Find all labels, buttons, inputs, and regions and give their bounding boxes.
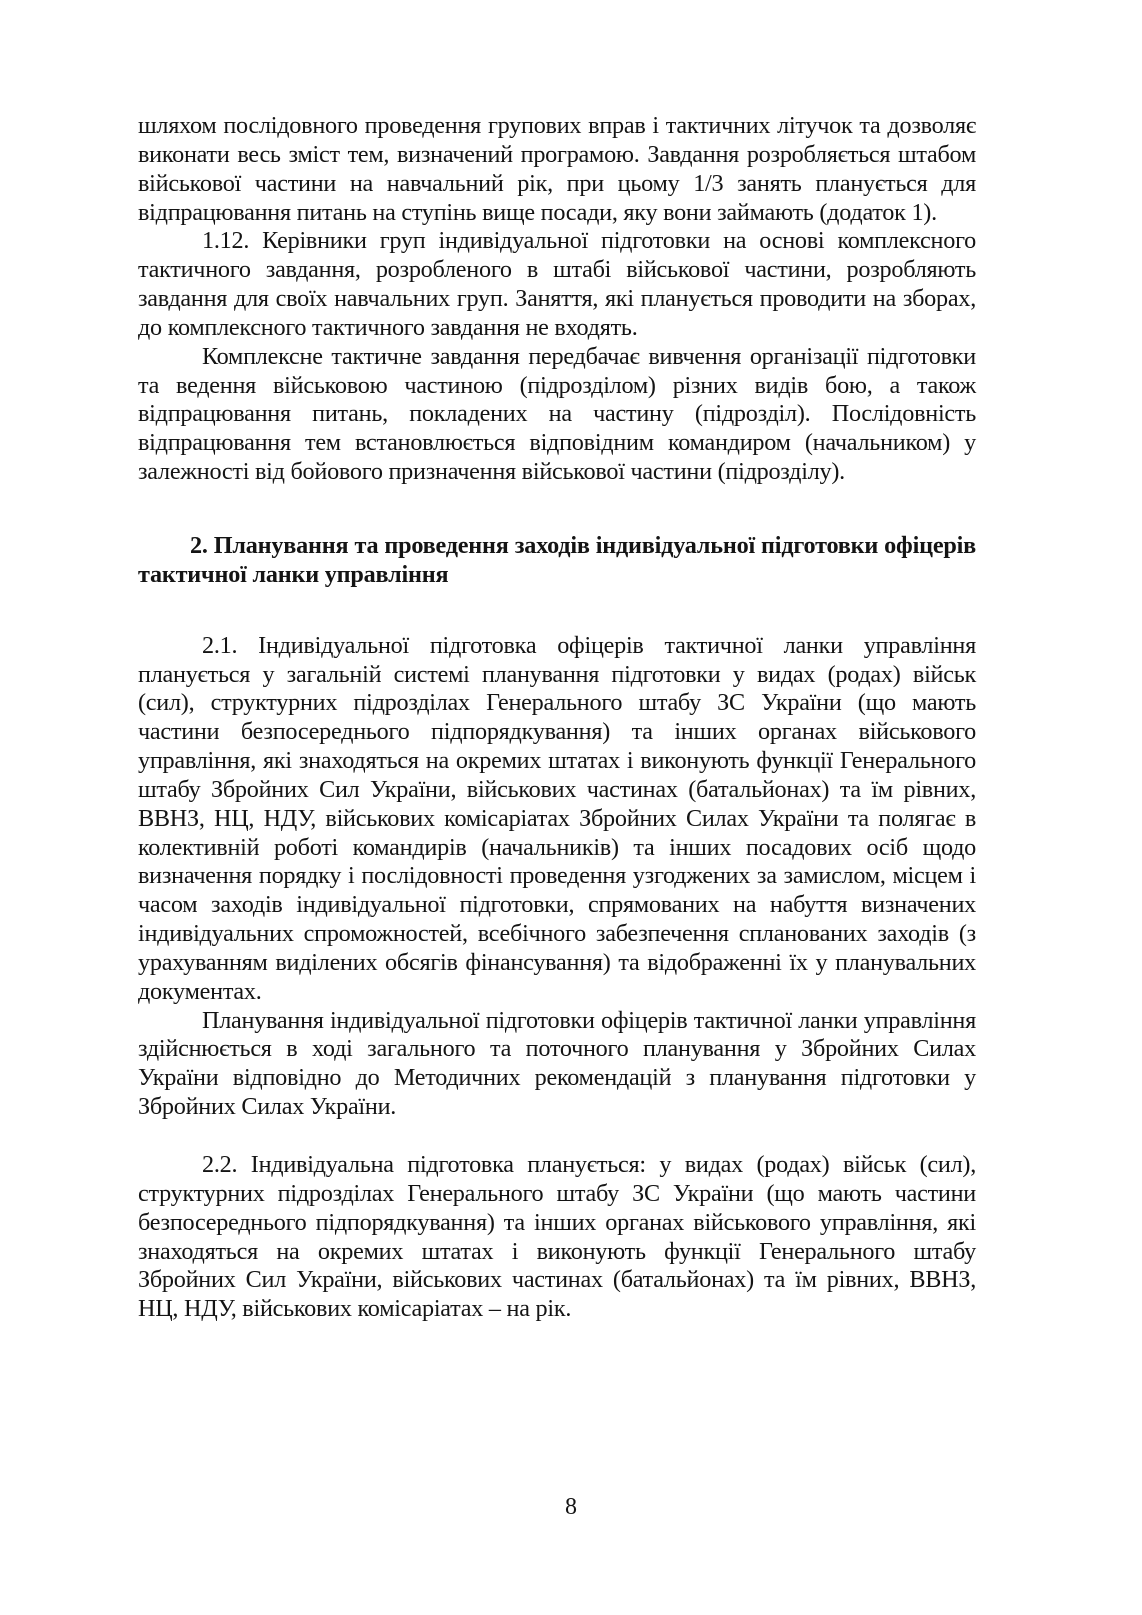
section-heading: 2. Планування та проведення заходів інди… — [138, 532, 976, 590]
paragraph-planning: Планування індивідуальної підготовки офі… — [138, 1007, 976, 1122]
page-number: 8 — [0, 1493, 1142, 1521]
paragraph-continuation: шляхом послідовного проведення групових … — [138, 112, 976, 227]
document-page: шляхом послідовного проведення групових … — [138, 112, 976, 1324]
heading-spacer — [138, 590, 976, 632]
paragraph-1-12: 1.12. Керівники груп індивідуальної підг… — [138, 227, 976, 342]
paragraph-2-1: 2.1. Індивідуальної підготовка офіцерів … — [138, 632, 976, 1007]
paragraph-2-2: 2.2. Індивідуальна підготовка планується… — [138, 1151, 976, 1324]
paragraph-complex-task: Комплексне тактичне завдання передбачає … — [138, 343, 976, 487]
section-spacer — [138, 487, 976, 532]
paragraph-spacer — [138, 1122, 976, 1151]
